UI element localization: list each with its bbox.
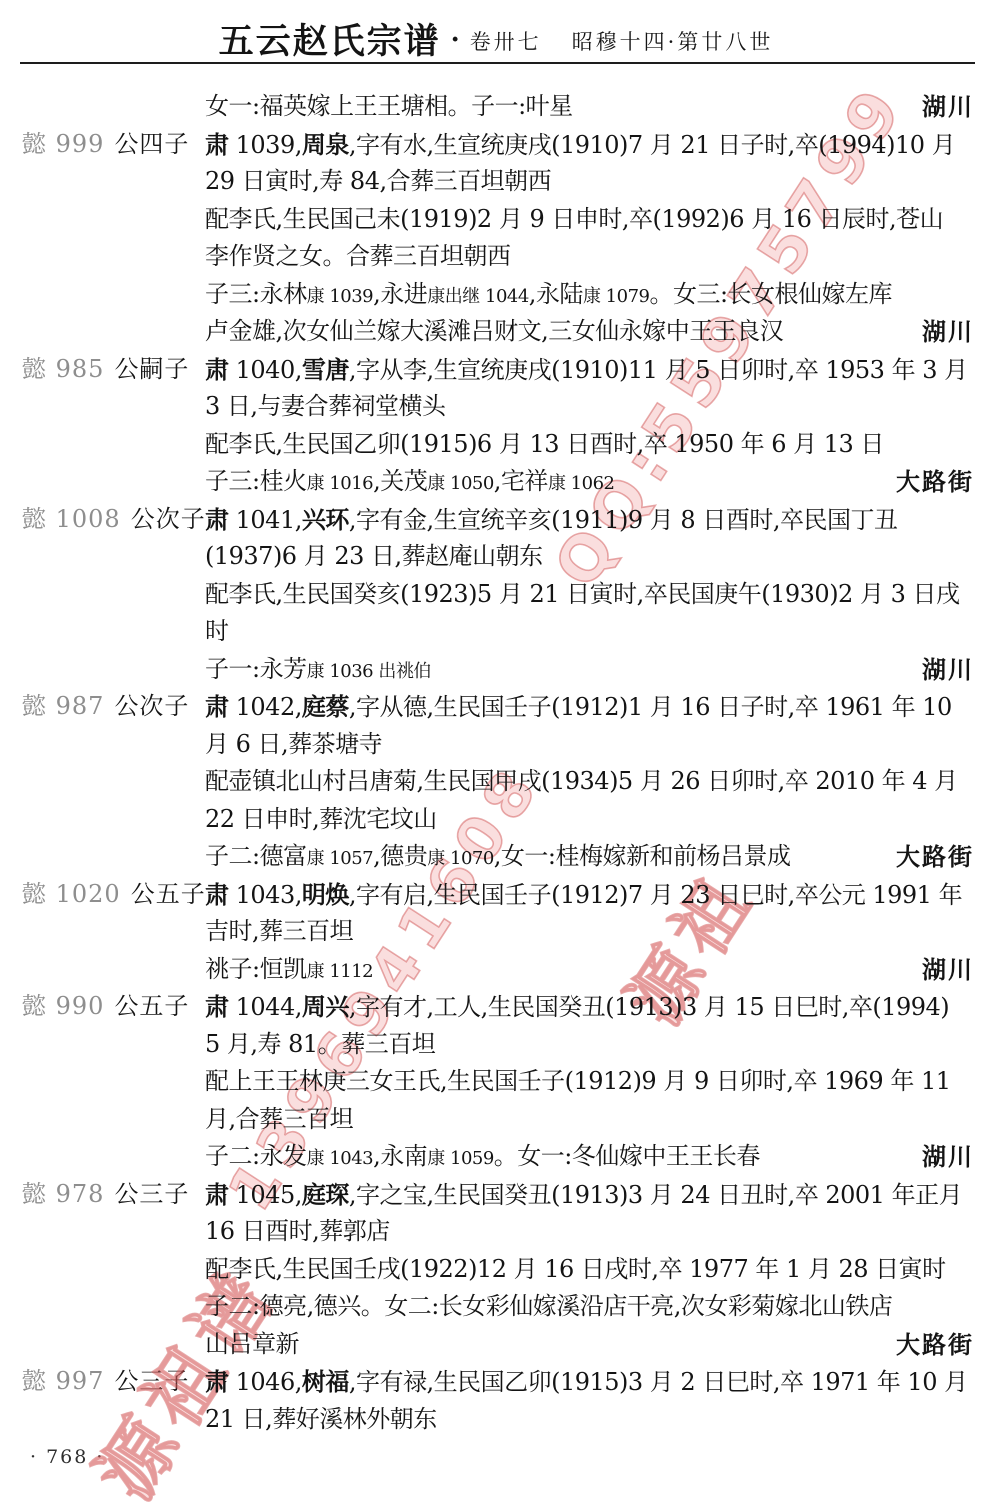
entry-text-line: 月,合葬三百坦: [205, 1101, 353, 1139]
entry-line: 山吕章新大路街: [22, 1326, 974, 1364]
entry-text-line: 月 6 日,葬茶塘寺: [205, 726, 382, 764]
cross-reference: 康 1043: [307, 1148, 374, 1169]
entry-text: ,字有启,生民国壬子(1912)7 月 23 日巳时,卒公元 1991 年: [349, 881, 962, 909]
entry-text: 1045,: [229, 1181, 302, 1209]
location-tag: 湖川: [922, 951, 974, 989]
entry-text: ,关茂: [373, 467, 427, 495]
entry-label-generation: 懿 997: [22, 1367, 104, 1395]
entry-label-relation: 公三子: [114, 1367, 189, 1395]
entry-line: 懿 985公嗣子肃 1040,雪唐,字从李,生宣统庚戌(1910)11 月 5 …: [22, 351, 974, 389]
location-tag: 湖川: [922, 651, 974, 689]
entry-text: 21 日,葬好溪林外朝东: [205, 1405, 437, 1433]
entry-text-line: 肃 1043,明焕,字有启,生民国壬子(1912)7 月 23 日巳时,卒公元 …: [205, 876, 962, 915]
entry-label-relation: 公五子: [114, 992, 189, 1020]
entry-text-line: 21 日,葬好溪林外朝东: [205, 1401, 437, 1439]
entry-text: 月,合葬三百坦: [205, 1105, 353, 1133]
entry-text-line: 祧子:恒凯康 1112: [205, 951, 373, 991]
title-separator-dot: ·: [451, 25, 460, 55]
entry-line: 5 月,寿 81。葬三百坦: [22, 1026, 974, 1064]
entry-text: ,字从李,生宣统庚戌(1910)11 月 5 日卯时,卒 1953 年 3 月: [349, 356, 968, 384]
person-name: 周泉: [302, 130, 349, 159]
entry-text: 山吕章新: [205, 1330, 299, 1358]
entry-text-line: 肃 1040,雪唐,字从李,生宣统庚戌(1910)11 月 5 日卯时,卒 19…: [205, 351, 968, 390]
entry-text-line: 子三:永林康 1039,永进康出继 1044,永陆康 1079。女三:长女根仙嫁…: [205, 276, 892, 316]
entry-line: 时: [22, 613, 974, 651]
genealogy-page: QQ:55975799 1396941608 源祖谱 源祖 五云赵氏宗谱·卷卅七…: [0, 0, 992, 1512]
entry-text-line: 肃 1041,兴环,字有金,生宣统辛亥(1911)9 月 8 日酉时,卒民国丁丑: [205, 501, 897, 540]
entry-text-line: 22 日申时,葬沈宅坟山: [205, 801, 437, 839]
entry-text: 1044,: [229, 993, 302, 1021]
entry-line: 子二:德亮,德兴。女二:长女彩仙嫁溪沿店干亮,次女彩菊嫁北山铁店: [22, 1288, 974, 1326]
person-name: 树福: [302, 1367, 349, 1396]
entry-text-line: 女一:福英嫁上王王塘相。子一:叶星: [205, 88, 573, 126]
entry-text: 子三:桂火: [205, 467, 307, 495]
entry-text-line: 配李氏,生民国壬戌(1922)12 月 16 日戌时,卒 1977 年 1 月 …: [205, 1251, 946, 1289]
entry-line: 配李氏,生民国癸亥(1923)5 月 21 日寅时,卒民国庚午(1930)2 月…: [22, 576, 974, 614]
entry-text: (1937)6 月 23 日,葬赵庵山朝东: [205, 542, 543, 570]
location-tag: 湖川: [922, 1138, 974, 1176]
entry-text-line: 子二:德富康 1057,德贵康 1070,女一:桂梅嫁新和前杨吕景成: [205, 838, 791, 878]
cross-reference: 康 1050: [427, 473, 494, 494]
cross-reference: 康出继 1044: [427, 286, 529, 307]
entry-label: 懿 990公五子: [22, 988, 189, 1026]
entry-text-line: 李作贤之女。合葬三百坦朝西: [205, 238, 511, 276]
generation-marker: 肃: [205, 1180, 229, 1209]
entry-label-relation: 公三子: [114, 1180, 189, 1208]
page-header: 五云赵氏宗谱·卷卅七昭穆十四·第廿八世: [0, 14, 992, 64]
entry-line: 配李氏,生民国己未(1919)2 月 9 日申时,卒(1992)6 月 16 日…: [22, 201, 974, 239]
entry-text-line: 子一:永芳康 1036 出祧伯: [205, 651, 431, 691]
location-tag: 湖川: [922, 313, 974, 351]
entry-text: 祧子:恒凯: [205, 955, 307, 983]
entry-text: ,永南: [373, 1142, 427, 1170]
entry-label: 懿 985公嗣子: [22, 351, 189, 389]
entry-text: ,德贵: [373, 842, 427, 870]
location-tag: 大路街: [896, 1326, 974, 1364]
entry-label-generation: 懿 990: [22, 992, 104, 1020]
entry-label: 懿 997公三子: [22, 1363, 189, 1401]
entry-line: (1937)6 月 23 日,葬赵庵山朝东: [22, 538, 974, 576]
entry-text: ,女一:桂梅嫁新和前杨吕景成: [494, 842, 791, 870]
entry-line: 吉时,葬三百坦: [22, 913, 974, 951]
entry-text: 1042,: [229, 693, 302, 721]
entry-label: 懿 978公三子: [22, 1176, 189, 1214]
entry-text: 子二:永发: [205, 1142, 307, 1170]
entry-label-relation: 公嗣子: [114, 355, 189, 383]
entry-text: 月 6 日,葬茶塘寺: [205, 730, 382, 758]
entry-text-line: 配李氏,生民国己未(1919)2 月 9 日申时,卒(1992)6 月 16 日…: [205, 201, 943, 239]
entry-text: ,永进: [373, 280, 427, 308]
entry-text: 李作贤之女。合葬三百坦朝西: [205, 242, 511, 270]
person-name: 庭蔡: [302, 692, 349, 721]
entry-text-line: 配上王王林庚三女王氏,生民国壬子(1912)9 月 9 日卯时,卒 1969 年…: [205, 1063, 951, 1101]
entry-line: 女一:福英嫁上王王塘相。子一:叶星湖川: [22, 88, 974, 126]
entry-text-line: 配壶镇北山村吕唐菊,生民国甲戌(1934)5 月 26 日卯时,卒 2010 年…: [205, 763, 958, 801]
cross-reference: 康 1059: [427, 1148, 494, 1169]
entry-text-line: 吉时,葬三百坦: [205, 913, 353, 951]
entry-text-line: 5 月,寿 81。葬三百坦: [205, 1026, 435, 1064]
person-name: 雪唐: [302, 355, 349, 384]
entry-line: 懿 987公次子肃 1042,庭蔡,字从德,生民国壬子(1912)1 月 16 …: [22, 688, 974, 726]
genealogy-lines: 女一:福英嫁上王王塘相。子一:叶星湖川懿 999公四子肃 1039,周泉,字有水…: [22, 88, 974, 1438]
entry-text: 1046,: [229, 1368, 302, 1396]
generation-section-label: 昭穆十四·第廿八世: [572, 30, 774, 54]
entry-label: 懿 1008公次子: [22, 501, 206, 539]
entry-text: 16 日酉时,葬郭店: [205, 1217, 390, 1245]
entry-text: 1040,: [229, 356, 302, 384]
entry-text: 子一:永芳: [205, 655, 307, 683]
entry-line: 懿 978公三子肃 1045,庭琛,字之宝,生民国癸丑(1913)3 月 24 …: [22, 1176, 974, 1214]
generation-marker: 肃: [205, 505, 229, 534]
entry-text: 配李氏,生民国乙卯(1915)6 月 13 日酉时,卒 1950 年 6 月 1…: [205, 430, 884, 458]
entry-text: 子二:德富: [205, 842, 307, 870]
entry-line: 子二:德富康 1057,德贵康 1070,女一:桂梅嫁新和前杨吕景成大路街: [22, 838, 974, 876]
entry-line: 懿 990公五子肃 1044,周兴,字有才,工人,生民国癸丑(1913)3 月 …: [22, 988, 974, 1026]
entry-text: 配上王王林庚三女王氏,生民国壬子(1912)9 月 9 日卯时,卒 1969 年…: [205, 1067, 951, 1095]
entry-text-line: 配李氏,生民国癸亥(1923)5 月 21 日寅时,卒民国庚午(1930)2 月…: [205, 576, 960, 614]
entry-text-line: 肃 1045,庭琛,字之宝,生民国癸丑(1913)3 月 24 日丑时,卒 20…: [205, 1176, 962, 1215]
entry-text: 29 日寅时,寿 84,合葬三百坦朝西: [205, 167, 551, 195]
entry-label: 懿 1020公五子: [22, 876, 206, 914]
entry-line: 子三:桂火康 1016,关茂康 1050,宅祥康 1062大路街: [22, 463, 974, 501]
entry-line: 配壶镇北山村吕唐菊,生民国甲戌(1934)5 月 26 日卯时,卒 2010 年…: [22, 763, 974, 801]
entry-line: 3 日,与妻合葬祠堂横头: [22, 388, 974, 426]
entry-text: 1043,: [229, 881, 302, 909]
entry-label-generation: 懿 1020: [22, 880, 121, 908]
book-title: 五云赵氏宗谱: [219, 21, 441, 62]
entry-text-line: 16 日酉时,葬郭店: [205, 1213, 390, 1251]
page-number: · 768 ·: [30, 1446, 104, 1468]
cross-reference: 康 1070: [427, 848, 494, 869]
entry-line: 配李氏,生民国壬戌(1922)12 月 16 日戌时,卒 1977 年 1 月 …: [22, 1251, 974, 1289]
entry-text: 。女三:长女根仙嫁左库: [649, 280, 892, 308]
entry-text: 5 月,寿 81。葬三百坦: [205, 1030, 435, 1058]
entry-text: 配壶镇北山村吕唐菊,生民国甲戌(1934)5 月 26 日卯时,卒 2010 年…: [205, 767, 958, 795]
cross-reference: 康 1079: [583, 286, 650, 307]
entry-line: 子一:永芳康 1036 出祧伯湖川: [22, 651, 974, 689]
entry-text-line: 卢金雄,次女仙兰嫁大溪滩吕财文,三女仙永嫁中王王良汉: [205, 313, 783, 351]
generation-marker: 肃: [205, 692, 229, 721]
entry-label-generation: 懿 987: [22, 692, 104, 720]
entry-line: 22 日申时,葬沈宅坟山: [22, 801, 974, 839]
entry-line: 配李氏,生民国乙卯(1915)6 月 13 日酉时,卒 1950 年 6 月 1…: [22, 426, 974, 464]
entry-label: 懿 999公四子: [22, 126, 189, 164]
entry-text-line: (1937)6 月 23 日,葬赵庵山朝东: [205, 538, 543, 576]
entry-text: 1039,: [229, 131, 302, 159]
entry-text: 配李氏,生民国壬戌(1922)12 月 16 日戌时,卒 1977 年 1 月 …: [205, 1255, 946, 1283]
entry-label-relation: 公次子: [114, 692, 189, 720]
entry-text: ,宅祥: [494, 467, 548, 495]
entry-text: ,字之宝,生民国癸丑(1913)3 月 24 日丑时,卒 2001 年正月: [349, 1181, 962, 1209]
entry-text-line: 配李氏,生民国乙卯(1915)6 月 13 日酉时,卒 1950 年 6 月 1…: [205, 426, 884, 464]
entry-line: 卢金雄,次女仙兰嫁大溪滩吕财文,三女仙永嫁中王王良汉湖川: [22, 313, 974, 351]
location-tag: 湖川: [922, 88, 974, 126]
entry-text-line: 29 日寅时,寿 84,合葬三百坦朝西: [205, 163, 551, 201]
entry-text: 子三:永林: [205, 280, 307, 308]
cross-reference: 康 1112: [307, 961, 374, 982]
entry-text: 子二:德亮,德兴。女二:长女彩仙嫁溪沿店干亮,次女彩菊嫁北山铁店: [205, 1292, 892, 1320]
entry-label-relation: 公次子: [131, 505, 206, 533]
entry-label-generation: 懿 1008: [22, 505, 121, 533]
entry-text-line: 山吕章新: [205, 1326, 299, 1364]
generation-marker: 肃: [205, 880, 229, 909]
entry-line: 21 日,葬好溪林外朝东: [22, 1401, 974, 1439]
entry-line: 懿 1020公五子肃 1043,明焕,字有启,生民国壬子(1912)7 月 23…: [22, 876, 974, 914]
entry-text-line: 肃 1039,周泉,字有水,生宣统庚戌(1910)7 月 21 日子时,卒(19…: [205, 126, 955, 165]
person-name: 兴环: [302, 505, 349, 534]
generation-marker: 肃: [205, 992, 229, 1021]
entry-text: ,字有才,工人,生民国癸丑(1913)3 月 15 日巳时,卒(1994): [349, 993, 949, 1021]
entry-label: 懿 987公次子: [22, 688, 189, 726]
header-divider-line: [20, 62, 975, 64]
location-tag: 大路街: [896, 838, 974, 876]
entry-text: ,字有水,生宣统庚戌(1910)7 月 21 日子时,卒(1994)10 月: [349, 131, 955, 159]
person-name: 庭琛: [302, 1180, 349, 1209]
entry-text: 吉时,葬三百坦: [205, 917, 353, 945]
entry-text: ,字有金,生宣统辛亥(1911)9 月 8 日酉时,卒民国丁丑: [349, 506, 898, 534]
person-name: 明焕: [302, 880, 349, 909]
entry-line: 配上王王林庚三女王氏,生民国壬子(1912)9 月 9 日卯时,卒 1969 年…: [22, 1063, 974, 1101]
entry-line: 祧子:恒凯康 1112湖川: [22, 951, 974, 989]
entry-label-relation: 公四子: [114, 130, 189, 158]
entry-line: 16 日酉时,葬郭店: [22, 1213, 974, 1251]
entry-text-line: 子三:桂火康 1016,关茂康 1050,宅祥康 1062: [205, 463, 614, 503]
entry-line: 29 日寅时,寿 84,合葬三百坦朝西: [22, 163, 974, 201]
entry-line: 李作贤之女。合葬三百坦朝西: [22, 238, 974, 276]
entry-line: 月 6 日,葬茶塘寺: [22, 726, 974, 764]
entry-line: 懿 997公三子肃 1046,树福,字有禄,生民国乙卯(1915)3 月 2 日…: [22, 1363, 974, 1401]
entry-text: 3 日,与妻合葬祠堂横头: [205, 392, 446, 420]
entry-text: 女一:福英嫁上王王塘相。子一:叶星: [205, 92, 573, 120]
entry-line: 月,合葬三百坦: [22, 1101, 974, 1139]
entry-text: 配李氏,生民国癸亥(1923)5 月 21 日寅时,卒民国庚午(1930)2 月…: [205, 580, 960, 608]
entry-text: 。女一:冬仙嫁中王王长春: [494, 1142, 760, 1170]
entry-text: 配李氏,生民国己未(1919)2 月 9 日申时,卒(1992)6 月 16 日…: [205, 205, 943, 233]
entry-label-generation: 懿 999: [22, 130, 104, 158]
entry-text-line: 肃 1042,庭蔡,字从德,生民国壬子(1912)1 月 16 日子时,卒 19…: [205, 688, 952, 727]
generation-marker: 肃: [205, 130, 229, 159]
entry-text-line: 子二:德亮,德兴。女二:长女彩仙嫁溪沿店干亮,次女彩菊嫁北山铁店: [205, 1288, 892, 1326]
entry-text-line: 3 日,与妻合葬祠堂横头: [205, 388, 446, 426]
entry-text: 卢金雄,次女仙兰嫁大溪滩吕财文,三女仙永嫁中王王良汉: [205, 317, 783, 345]
entry-text: ,字有禄,生民国乙卯(1915)3 月 2 日巳时,卒 1971 年 10 月: [349, 1368, 968, 1396]
location-tag: 大路街: [896, 463, 974, 501]
cross-reference: 康 1016: [307, 473, 374, 494]
entry-line: 子二:永发康 1043,永南康 1059。女一:冬仙嫁中王王长春湖川: [22, 1138, 974, 1176]
entry-line: 子三:永林康 1039,永进康出继 1044,永陆康 1079。女三:长女根仙嫁…: [22, 276, 974, 314]
entry-line: 懿 1008公次子肃 1041,兴环,字有金,生宣统辛亥(1911)9 月 8 …: [22, 501, 974, 539]
entry-text-line: 肃 1046,树福,字有禄,生民国乙卯(1915)3 月 2 日巳时,卒 197…: [205, 1363, 968, 1402]
entry-text: ,字从德,生民国壬子(1912)1 月 16 日子时,卒 1961 年 10: [349, 693, 952, 721]
entry-text: 22 日申时,葬沈宅坟山: [205, 805, 437, 833]
entry-label-relation: 公五子: [131, 880, 206, 908]
entry-text-line: 时: [205, 613, 229, 651]
cross-reference: 康 1039: [307, 286, 374, 307]
entry-text: 时: [205, 617, 229, 645]
cross-reference: 康 1036 出祧伯: [307, 661, 431, 682]
entry-label-generation: 懿 985: [22, 355, 104, 383]
generation-marker: 肃: [205, 355, 229, 384]
cross-reference: 康 1057: [307, 848, 374, 869]
person-name: 周兴: [302, 992, 349, 1021]
entry-line: 懿 999公四子肃 1039,周泉,字有水,生宣统庚戌(1910)7 月 21 …: [22, 126, 974, 164]
entry-label-generation: 懿 978: [22, 1180, 104, 1208]
volume-label: 卷卅七: [470, 30, 542, 54]
cross-reference: 康 1062: [548, 473, 615, 494]
entry-text-line: 肃 1044,周兴,字有才,工人,生民国癸丑(1913)3 月 15 日巳时,卒…: [205, 988, 949, 1027]
entry-text: ,永陆: [529, 280, 583, 308]
entry-text-line: 子二:永发康 1043,永南康 1059。女一:冬仙嫁中王王长春: [205, 1138, 760, 1178]
entry-text: 1041,: [229, 506, 302, 534]
generation-marker: 肃: [205, 1367, 229, 1396]
